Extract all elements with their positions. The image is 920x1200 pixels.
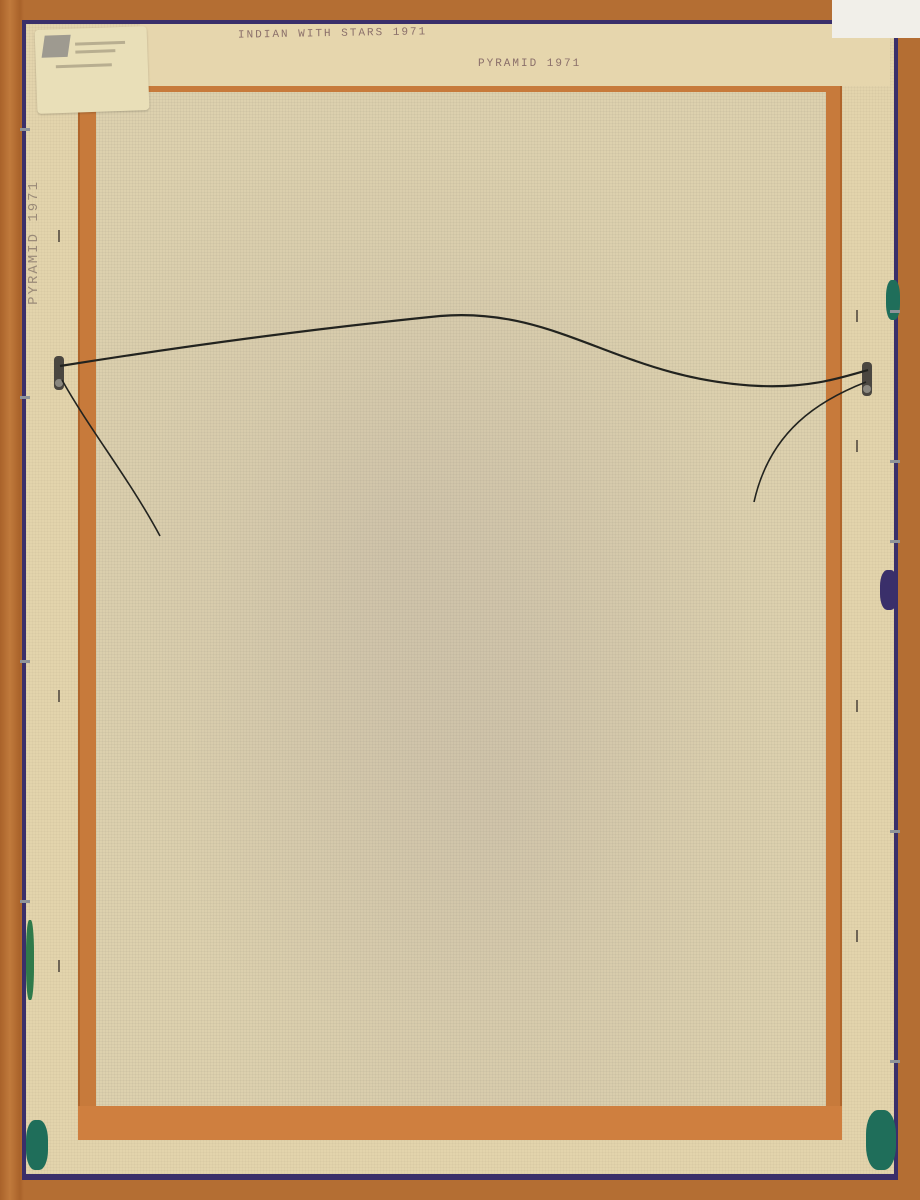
hanging-wire xyxy=(0,0,920,1200)
painting-back-photo: INDIAN WITH STARS 1971 PYRAMID 1971 PYRA… xyxy=(0,0,920,1200)
